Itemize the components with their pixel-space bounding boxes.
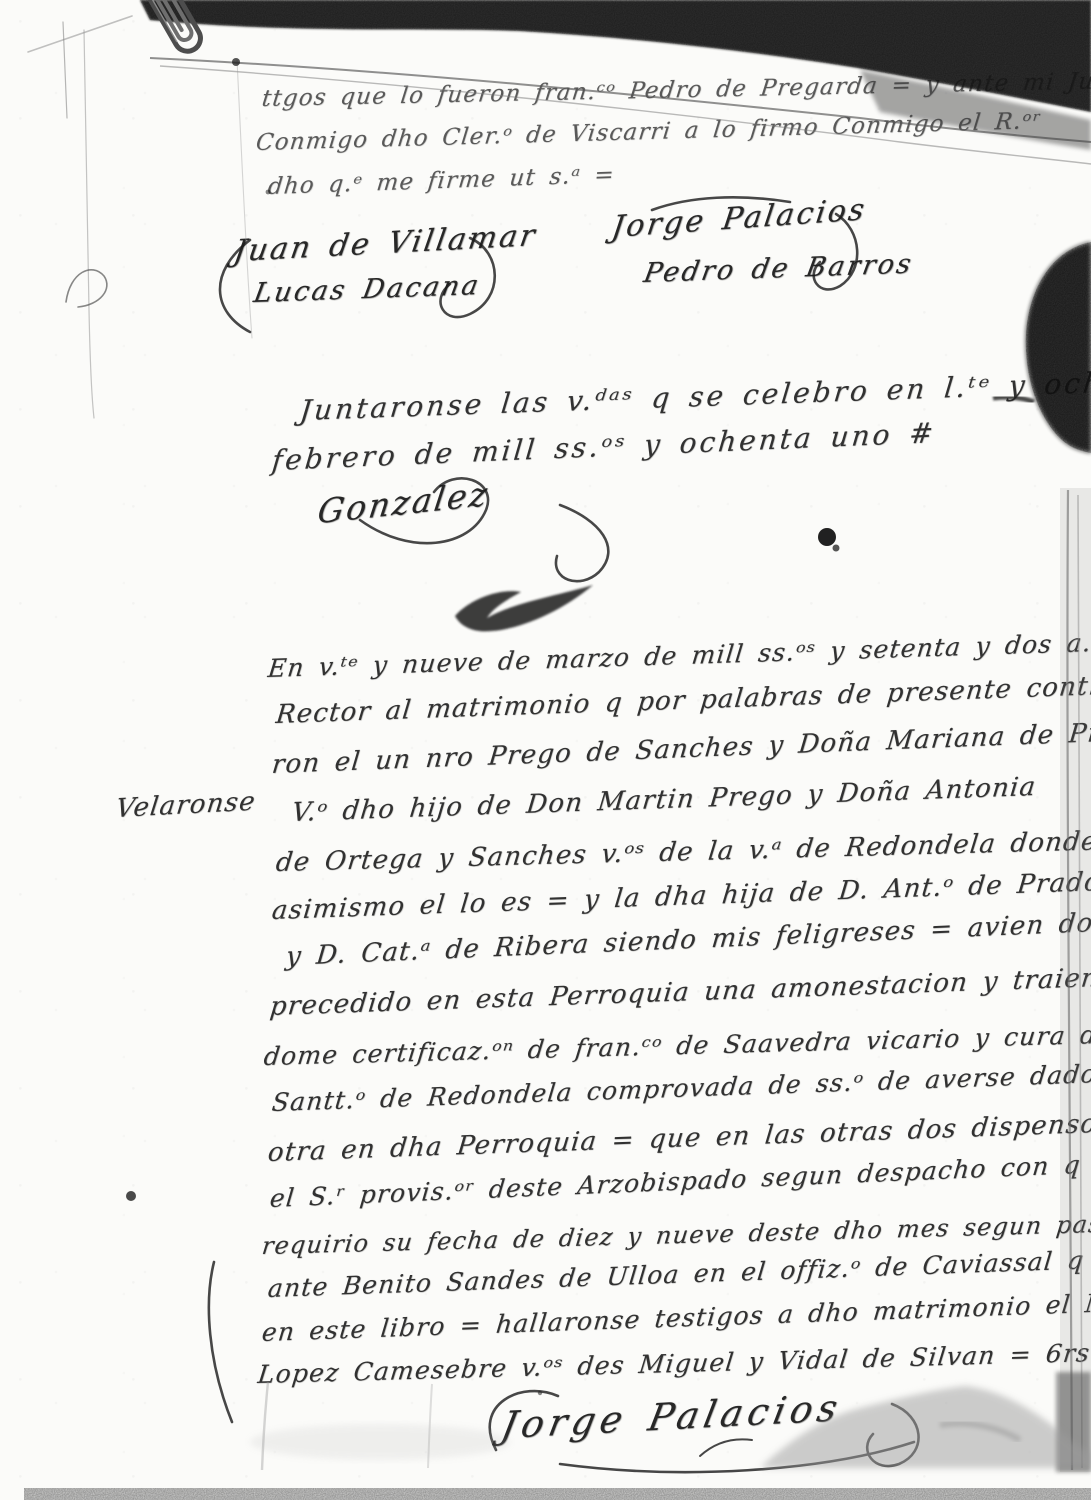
entry-line: de Ortega y Sanches v.ᵒˢ de la v.ᵃ de Re… bbox=[274, 826, 1091, 878]
priest-signature: Gonzalez bbox=[315, 474, 492, 532]
top-note-line: Conmigo dho Cler.ᵒ de Viscarri a lo firm… bbox=[255, 108, 1043, 156]
ink-smudge-swoosh bbox=[455, 585, 593, 631]
scanned-manuscript-page: ttgos que lo fueron fran.ᶜᵒ Pedro de Pre… bbox=[0, 0, 1091, 1500]
entry-line: V.ᵒ dho hijo de Don Martin Prego y Doña … bbox=[290, 772, 1037, 828]
fold-lines bbox=[28, 16, 252, 418]
middle-note-line: Juntaronse las v.ᵈᵃˢ q se celebro en l.ᵗ… bbox=[298, 363, 1091, 427]
margin-note: Velaronse bbox=[114, 787, 257, 825]
witness-signature: Juan de Villamar bbox=[231, 218, 539, 269]
entry-line: Lopez Camesebre v.ᵒˢ des Miguel y Vidal … bbox=[256, 1338, 1091, 1389]
ink-blot-right-edge bbox=[993, 242, 1091, 453]
entry-line: precedido en esta Perroquia una amonesta… bbox=[268, 963, 1091, 1022]
bottom-scan-band bbox=[24, 1488, 1091, 1500]
top-note-line: ttgos que lo fueron fran.ᶜᵒ Pedro de Pre… bbox=[260, 66, 1091, 112]
witness-signature: Jorge Palacios bbox=[610, 192, 869, 245]
witness-signature: Pedro de Barros bbox=[641, 249, 916, 290]
middle-note-line: febrero de mill ss.ᵒˢ y ochenta uno # bbox=[270, 416, 937, 477]
paperclip bbox=[145, 0, 205, 56]
witness-signature: Lucas Dacana bbox=[251, 270, 483, 309]
entry-line: En v.ᵗᵉ y nueve de marzo de mill ss.ᵒˢ y… bbox=[266, 621, 1091, 683]
closing-signature: Jorge Palacios bbox=[498, 1386, 846, 1447]
top-note-line: dho q.ᵉ me firme ut s.ᵃ = bbox=[267, 162, 617, 200]
entry-line: Santt.ᵒ de Redondela comprovada de ss.ᵒ … bbox=[270, 1059, 1091, 1117]
